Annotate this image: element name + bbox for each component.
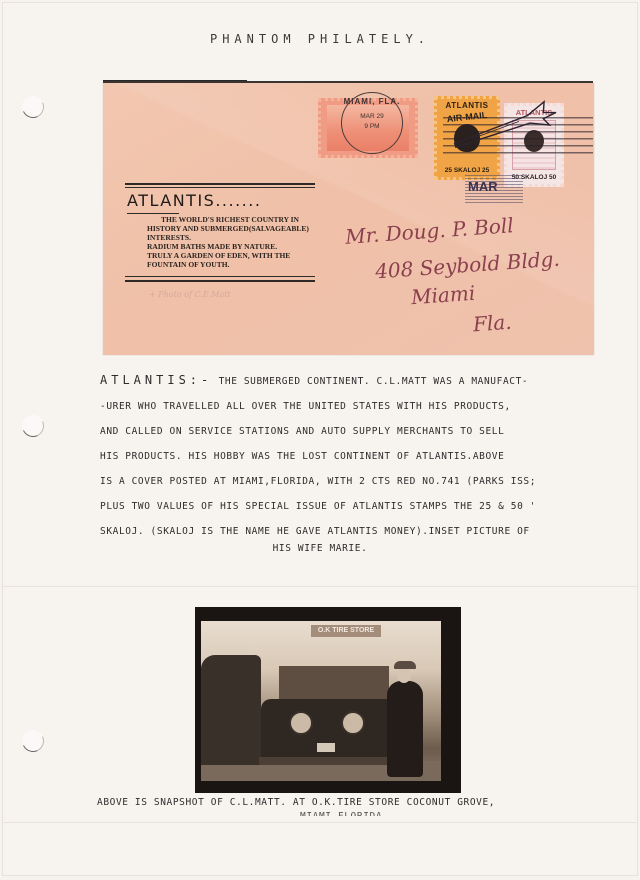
ad-rule-bottom	[125, 276, 315, 277]
address-line-city: Miami	[410, 281, 476, 309]
stamp-country: ATLANTIS	[437, 101, 497, 110]
ad-body: The World's Richest Country in history a…	[147, 215, 327, 269]
headlamp-left	[289, 711, 313, 735]
photo-caption: ABOVE IS SNAPSHOT OF C.L.MATT. AT O.K.TI…	[97, 797, 637, 808]
description-line-1: ATLANTIS:- THE SUBMERGED CONTINENT. C.L.…	[100, 368, 630, 394]
headlamp-right	[341, 711, 365, 735]
mar-cancel-box: MAR	[465, 173, 523, 203]
photo-man-face	[397, 667, 411, 683]
truck-bumper	[259, 757, 389, 765]
description-line: AND CALLED ON SERVICE STATIONS AND AUTO …	[100, 419, 630, 444]
description-line: -URER WHO TRAVELLED ALL OVER THE UNITED …	[100, 394, 630, 419]
photo-caption-cut: MIAMI FLORIDA	[300, 811, 440, 816]
description-line: PLUS TWO VALUES OF HIS SPECIAL ISSUE OF …	[100, 494, 630, 519]
postmark-date: MAR 29	[342, 113, 402, 120]
photo-left-car	[201, 655, 261, 765]
description-line: IS A COVER POSTED AT MIAMI,FLORIDA, WITH…	[100, 469, 630, 494]
page-title: PHANTOM PHILATELY.	[0, 32, 640, 46]
ad-title: ATLANTIS.......	[127, 191, 261, 210]
ad-line: Radium Baths Made by Nature.	[147, 242, 327, 251]
pencil-note: + Photo of C.E.Matt	[149, 290, 231, 299]
photo-man-coat	[387, 681, 423, 777]
miami-postmark: MIAMI, FLA. MAR 29 9 PM	[341, 92, 403, 154]
ad-rule-top	[125, 183, 315, 185]
cancel-box-text: MAR	[468, 179, 498, 194]
page-bottom-line	[2, 822, 638, 823]
ad-line: Interests.	[147, 233, 327, 242]
ad-line: history and Submerged(salvageable)	[147, 224, 327, 233]
page-fold-line	[2, 586, 638, 587]
photo-image: O.K TIRE STORE	[201, 621, 441, 781]
ad-line: The World's Richest Country in	[147, 215, 327, 224]
photo-man-hat	[394, 661, 416, 669]
description-text: ATLANTIS:- THE SUBMERGED CONTINENT. C.L.…	[100, 368, 630, 544]
address-line-state: Fla.	[472, 310, 512, 337]
envelope-cover: MIAMI, FLA. MAR 29 9 PM ATLANTIS AIR-MAI…	[103, 83, 594, 355]
description-last-line: HIS WIFE MARIE.	[0, 543, 640, 554]
ad-title-underline	[127, 213, 179, 214]
description-lead: ATLANTIS:-	[100, 373, 212, 387]
description-line: HIS PRODUCTS. HIS HOBBY WAS THE LOST CON…	[100, 444, 630, 469]
ad-rule-bottom-thick	[125, 280, 315, 282]
ad-line: Fountain of Youth.	[147, 260, 327, 269]
ad-line: Truly a Garden of Eden, with the	[147, 251, 327, 260]
snapshot-photo: O.K TIRE STORE	[195, 607, 461, 793]
tire-store-sign: O.K TIRE STORE	[311, 625, 381, 637]
description-line: SKALOJ. (SKALOJ IS THE NAME HE GAVE ATLA…	[100, 519, 630, 544]
ad-rule-top-thin	[125, 187, 315, 188]
postmark-city: MIAMI, FLA.	[342, 97, 402, 106]
license-plate	[317, 743, 335, 752]
postmark-time: 9 PM	[342, 123, 402, 130]
